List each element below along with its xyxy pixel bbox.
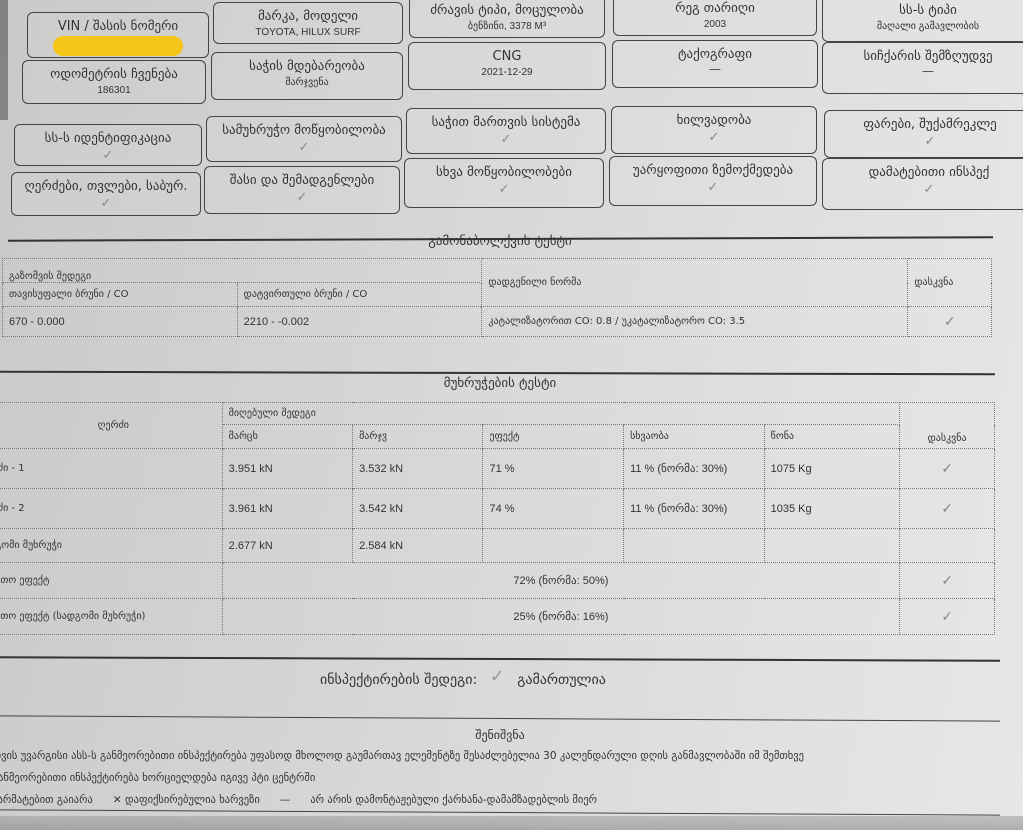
page-edge-shadow (0, 0, 8, 120)
left-force: 3.951 kN (222, 449, 352, 489)
check-lights: ფარები, შუქამრეკლე ✓ (824, 110, 1023, 158)
result-header: მიღებული შედეგი (222, 403, 900, 425)
page-bottom-shadow (0, 816, 1023, 830)
brakes-table: ღერძი მიღებული შედეგი დასკვნა მარცხ მარჯ… (0, 402, 995, 635)
reg-date-box: რეგ თარიღი 2003 (613, 0, 817, 36)
vin-box: VIN / შასის ნომერი (27, 12, 209, 58)
brakes-top-rule (0, 371, 995, 376)
tachograph-label: ტაქოგრაფი (613, 47, 817, 62)
engine-value: ბენზინი, 3378 M³ (410, 21, 604, 32)
summary-label: საერთო ეფექტ (სადგომი მუხრუჭი) (0, 599, 222, 635)
check-label: ფარები, შუქამრეკლე (825, 117, 1023, 132)
check-label: სხვა მოწყობილობები (405, 165, 603, 180)
measurement-header: გაზომვის შედეგი (3, 259, 482, 283)
legend-line: ✓ წარმატებით გაიარა ✕ დაფიქსირებულია ხარ… (0, 794, 597, 806)
col-diff-header: სხვაობა (624, 425, 765, 449)
loaded-header: დატვირთული ბრუნი / CO (237, 283, 482, 307)
weight: 1075 Kg (764, 449, 900, 489)
check-label: საჭით მართვის სისტემა (407, 115, 605, 130)
make-model-label: მარკა, მოდელი (214, 9, 402, 24)
note-line-1: სატრანსპორტო საშუალებისთვის უვარგისი ასს… (0, 750, 804, 762)
check-label: სამუხრუჭო მოწყობილობა (207, 123, 401, 138)
norm-value: კატალიზატორით CO: 0.8 / უკატალიზატორო CO… (482, 307, 908, 337)
check-vehicle-id: სს-ს იდენტიფიკაცია ✓ (14, 124, 202, 166)
difference (624, 529, 765, 563)
axle-header: ღერძი (0, 403, 222, 449)
check-additional-inspection: დამატებითი ინსპექ ✓ (822, 158, 1023, 210)
table-row: საერთო ეფექტ 72% (ნორმა: 50%) ✓ (0, 563, 995, 599)
check-label: ხილვადობა (612, 113, 816, 128)
check-icon: ✓ (407, 132, 605, 147)
col-right-header: მარჯვ (353, 425, 483, 449)
notes-bottom-rule (0, 809, 1000, 815)
reg-date-label: რეგ თარიღი (614, 1, 816, 16)
speed-limiter-label: სიჩქარის შემზღუდვე (823, 49, 1023, 64)
check-label: დამატებითი ინსპექ (823, 165, 1023, 180)
check-icon: ✓ (900, 563, 995, 599)
cng-label: CNG (409, 49, 605, 64)
legend-fail: დაფიქსირებულია ხარვეზი (125, 794, 260, 806)
conclusion-cell (900, 529, 995, 563)
axle-label: ღერძი - 1 (0, 449, 222, 489)
tachograph-box: ტაქოგრაფი — (612, 40, 818, 88)
steering-side-value: მარჯვენა (212, 77, 402, 88)
left-force: 3.961 kN (222, 489, 352, 529)
inspection-report-page: VIN / შასის ნომერი მარკა, მოდელი TOYOTA,… (0, 0, 1023, 830)
check-icon: ✓ (823, 182, 1023, 197)
table-row: ღერძი - 1 3.951 kN 3.532 kN 71 % 11 % (ნ… (0, 449, 995, 489)
emission-table: გაზომვის შედეგი დადგენილი ნორმა დასკვნა … (2, 258, 992, 337)
inspection-result: ინსპექტირების შედეგი: ✓ გამართულია (320, 672, 606, 693)
summary-value: 25% (ნორმა: 16%) (222, 599, 900, 635)
vin-label: VIN / შასის ნომერი (28, 19, 208, 34)
notes-top-rule (0, 715, 1000, 721)
effect: 74 % (483, 489, 624, 529)
check-icon: ✓ (610, 180, 816, 195)
check-label: უარყოფითი ზემოქმედება (610, 163, 816, 178)
check-icon: ✓ (15, 148, 201, 163)
emission-title: გამონაბოლქვის ტესტი (300, 234, 700, 249)
legend-pass: ✓ წარმატებით გაიარა (0, 794, 93, 806)
check-icon: ✓ (900, 489, 995, 529)
vehicle-type-label: სს-ს ტიპი (823, 3, 1023, 18)
check-icon: ✓ (12, 196, 200, 211)
result-check-icon: ✓ (490, 666, 505, 687)
steering-side-box: საჭის მდებარეობა მარჯვენა (211, 52, 403, 100)
check-negative-impact: უარყოფითი ზემოქმედება ✓ (609, 156, 817, 206)
vehicle-type-value: მაღალი გამავლობის (823, 21, 1023, 32)
inspection-result-label: ინსპექტირების შედეგი: (320, 672, 477, 688)
effect: 71 % (483, 449, 624, 489)
axle-label: ღერძი - 2 (0, 489, 222, 529)
tachograph-value: — (613, 62, 817, 76)
col-weight-header: წონა (764, 425, 900, 449)
right-force: 3.532 kN (353, 449, 483, 489)
idle-value: 670 - 0.000 (3, 307, 238, 337)
difference: 11 % (ნორმა: 30%) (624, 449, 765, 489)
check-visibility: ხილვადობა ✓ (611, 106, 817, 154)
check-icon: ✓ (900, 449, 995, 489)
check-icon: ✓ (825, 134, 1023, 149)
difference: 11 % (ნორმა: 30%) (624, 489, 765, 529)
col-effect-header: ეფექტ (483, 425, 624, 449)
engine-label: ძრავის ტიპი, მოცულობა (410, 3, 604, 18)
check-icon: ✓ (612, 130, 816, 145)
brakes-title: მუხრუჭების ტესტი (300, 376, 700, 391)
check-chassis: შასი და შემადგენლები ✓ (204, 166, 400, 214)
table-row: საერთო ეფექტ (სადგომი მუხრუჭი) 25% (ნორმ… (0, 599, 995, 635)
check-other-equipment: სხვა მოწყობილობები ✓ (404, 158, 604, 208)
check-icon: ✓ (900, 599, 995, 635)
odometer-box: ოდომეტრის ჩვენება 186301 (22, 60, 206, 104)
check-label: შასი და შემადგენლები (205, 173, 399, 188)
brakes-conclusion-header: დასკვნა (900, 403, 995, 449)
emission-conclusion-check-icon: ✓ (908, 307, 992, 337)
norm-header: დადგენილი ნორმა (482, 259, 908, 307)
reg-date-value: 2003 (614, 19, 816, 30)
summary-label: საერთო ეფექტ (0, 563, 222, 599)
check-axles-wheels: ღერძები, თვლები, საბურ. ✓ (11, 172, 201, 216)
inspection-result-value: გამართულია (517, 672, 606, 688)
left-force: 2.677 kN (222, 529, 352, 563)
right-force: 2.584 kN (353, 529, 483, 563)
right-force: 3.542 kN (353, 489, 483, 529)
vehicle-type-box: სს-ს ტიპი მაღალი გამავლობის (822, 0, 1023, 42)
na-dash-icon: — (280, 794, 291, 806)
table-row: ღერძი - 2 3.961 kN 3.542 kN 74 % 11 % (ნ… (0, 489, 995, 529)
check-icon: ✓ (205, 190, 399, 205)
check-steering: საჭით მართვის სისტემა ✓ (406, 108, 606, 154)
cng-value: 2021-12-29 (409, 67, 605, 78)
axle-label: სადგომი მუხრუჭი (0, 529, 222, 563)
check-icon: ✓ (207, 140, 401, 155)
speed-limiter-value: — (823, 64, 1023, 78)
steering-side-label: საჭის მდებარეობა (212, 59, 402, 74)
odometer-value: 186301 (23, 85, 205, 96)
check-icon: ✓ (405, 182, 603, 197)
make-model-box: მარკა, მოდელი TOYOTA, HILUX SURF (213, 2, 403, 44)
make-model-value: TOYOTA, HILUX SURF (214, 27, 402, 38)
weight (764, 529, 900, 563)
engine-box: ძრავის ტიპი, მოცულობა ბენზინი, 3378 M³ (409, 0, 605, 38)
cng-box: CNG 2021-12-29 (408, 42, 606, 90)
summary-value: 72% (ნორმა: 50%) (222, 563, 900, 599)
idle-header: თავისუფალი ბრუნი / CO (3, 283, 238, 307)
effect (483, 529, 624, 563)
col-left-header: მარცხ (222, 425, 352, 449)
speed-limiter-box: სიჩქარის შემზღუდვე — (822, 42, 1023, 94)
emission-conclusion-header: დასკვნა (908, 259, 992, 307)
notes-title: შენიშვნა (350, 728, 650, 742)
note-line-2: განმეორებითი ინსპექტირება ხორციელდება იგ… (0, 772, 315, 784)
odometer-label: ოდომეტრის ჩვენება (23, 67, 205, 82)
fail-x-icon: ✕ (113, 794, 122, 806)
vin-redaction (53, 36, 183, 56)
table-row: სადგომი მუხრუჭი 2.677 kN 2.584 kN (0, 529, 995, 563)
check-label: სს-ს იდენტიფიკაცია (15, 131, 201, 146)
weight: 1035 Kg (764, 489, 900, 529)
legend-na: არ არის დამონტაჟებული ქარხანა-დამამზადებ… (310, 794, 597, 806)
loaded-value: 2210 - -0.002 (237, 307, 482, 337)
check-label: ღერძები, თვლები, საბურ. (12, 179, 200, 194)
brakes-bottom-rule (0, 656, 1000, 661)
check-brakes: სამუხრუჭო მოწყობილობა ✓ (206, 116, 402, 162)
